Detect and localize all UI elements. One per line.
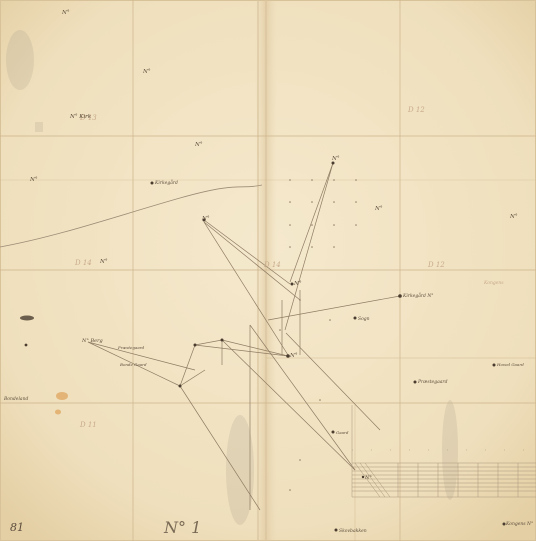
- place-label: Skovbakken: [339, 528, 367, 534]
- place-label: Kongens: [483, 280, 504, 286]
- place-label: Præstegaard: [417, 379, 448, 385]
- place-label: Kirkegård: [154, 179, 178, 186]
- cell-label-d14: D 14: [74, 259, 92, 267]
- historical-survey-map: D 13 D 12 D 14 D 14 D 12 D 11 N° N° N° K…: [0, 0, 536, 541]
- place-label: N°: [293, 281, 302, 287]
- place-label: N°: [509, 214, 518, 220]
- place-label: N°: [364, 475, 372, 481]
- place-label: Hoved Gaard: [496, 362, 524, 367]
- place-label: N°: [29, 177, 38, 183]
- place-label: N°: [61, 10, 70, 16]
- place-label: Kongens N°: [505, 521, 533, 527]
- cell-label-d14b: D 14: [263, 261, 281, 269]
- place-label: N°: [331, 156, 340, 162]
- sheet-number: 81: [10, 521, 24, 534]
- plate-label: N° 1: [163, 518, 201, 537]
- cell-label-d11: D 11: [79, 421, 97, 429]
- place-label: N°: [201, 216, 210, 222]
- place-label: Kirkegård N°: [402, 292, 434, 299]
- place-label: N°: [289, 353, 298, 359]
- place-label: N°: [99, 259, 108, 265]
- place-label: Gaard: [336, 430, 349, 435]
- cell-label-d12b: D 12: [427, 261, 445, 269]
- place-label: Bondeland: [3, 396, 28, 402]
- cell-label-d12: D 12: [407, 106, 425, 114]
- place-label: Præstegaard: [117, 345, 145, 350]
- place-label: N°: [142, 69, 151, 75]
- place-label: N° Kirk: [69, 114, 92, 120]
- place-label: N°: [374, 206, 383, 212]
- place-label: Sogn: [358, 316, 370, 322]
- place-label: N° Berg: [81, 338, 103, 344]
- place-label: N°: [194, 142, 203, 148]
- place-label: Bonde Gaard: [119, 362, 147, 367]
